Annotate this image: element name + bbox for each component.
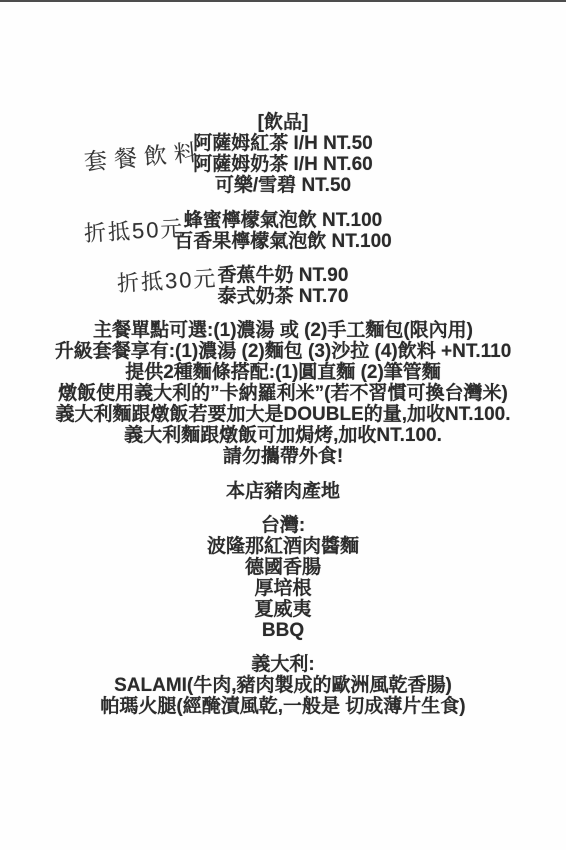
note-line-noodle-types: 提供2種麵條搭配:(1)圓直麵 (2)筆管麵 — [0, 362, 566, 383]
section-taiwan-origin: 台灣: 波隆那紅酒肉醬麵 德國香腸 厚培根 夏威夷 BBQ — [0, 515, 566, 641]
note-line-risotto-rice: 燉飯使用義大利的”卡納羅利米”(若不習慣可換台灣米) — [0, 383, 566, 404]
page-top-edge-line — [0, 0, 566, 2]
section-italy-origin: 義大利: SALAMI(牛肉,豬肉製成的歐洲風乾香腸) 帕瑪火腿(經醃漬風乾,一… — [0, 654, 566, 717]
italy-item-parma-ham: 帕瑪火腿(經醃漬風乾,一般是 切成薄片生食) — [0, 696, 566, 717]
note-line-double-portion: 義大利麵跟燉飯若要加大是DOUBLE的量,加收NT.100. — [0, 404, 566, 425]
menu-line-cola-sprite: 可樂/雪碧 NT.50 — [0, 175, 566, 196]
menu-content: [飲品] 阿薩姆紅茶 I/H NT.50 阿薩姆奶茶 I/H NT.60 可樂/… — [0, 112, 566, 717]
section-discount-30-drinks: 香蕉牛奶 NT.90 泰式奶茶 NT.70 — [0, 265, 566, 307]
taiwan-item-german-sausage: 德國香腸 — [0, 557, 566, 578]
menu-page: [飲品] 阿薩姆紅茶 I/H NT.50 阿薩姆奶茶 I/H NT.60 可樂/… — [0, 0, 566, 850]
menu-line-banana-milk: 香蕉牛奶 NT.90 — [0, 265, 566, 286]
section-notes: 主餐單點可選:(1)濃湯 或 (2)手工麵包(限內用) 升級套餐享有:(1)濃湯… — [0, 320, 566, 467]
note-line-no-outside-food: 請勿攜帶外食! — [0, 446, 566, 467]
italy-item-salami: SALAMI(牛肉,豬肉製成的歐洲風乾香腸) — [0, 675, 566, 696]
handwritten-note-discount-30: 折抵30元 — [116, 262, 218, 298]
section-pork-origin-title: 本店豬肉產地 — [0, 481, 566, 502]
taiwan-item-thick-bacon: 厚培根 — [0, 578, 566, 599]
note-line-main-course-choice: 主餐單點可選:(1)濃湯 或 (2)手工麵包(限內用) — [0, 320, 566, 341]
menu-line-thai-milk-tea: 泰式奶茶 NT.70 — [0, 286, 566, 307]
taiwan-label: 台灣: — [0, 515, 566, 536]
note-line-gratin-option: 義大利麵跟燉飯可加焗烤,加收NT.100. — [0, 425, 566, 446]
handwritten-note-discount-50: 折抵50元 — [83, 212, 185, 248]
taiwan-item-bolognese: 波隆那紅酒肉醬麵 — [0, 536, 566, 557]
italy-label: 義大利: — [0, 654, 566, 675]
pork-origin-title: 本店豬肉產地 — [0, 481, 566, 502]
note-line-upgrade-set: 升級套餐享有:(1)濃湯 (2)麵包 (3)沙拉 (4)飲料 +NT.110 — [0, 341, 566, 362]
taiwan-item-hawaiian: 夏威夷 — [0, 599, 566, 620]
taiwan-item-bbq: BBQ — [0, 620, 566, 641]
drinks-header: [飲品] — [0, 112, 566, 133]
